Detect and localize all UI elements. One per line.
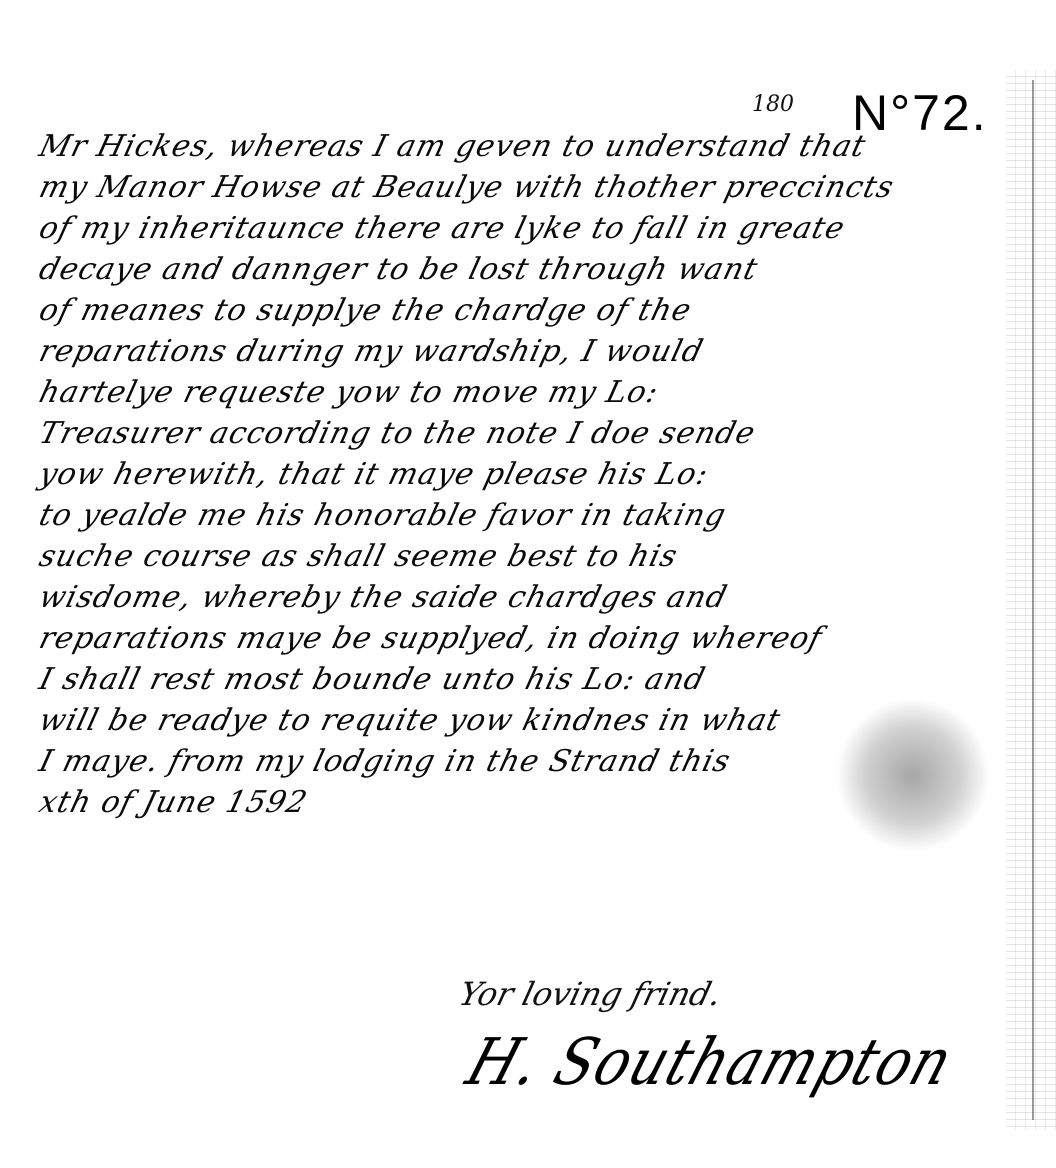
letter-line: reparations maye be supplyed, in doing w… <box>35 618 1005 659</box>
letter-closing: Yor loving frind. <box>455 975 725 1013</box>
page-edge-line <box>1032 80 1034 1120</box>
letter-line: hartelye requeste yow to move my Lo: <box>35 372 1005 413</box>
letter-line: wisdome, whereby the saide chardges and <box>35 577 1005 618</box>
letter-line: reparations during my wardship, I would <box>35 331 1005 372</box>
letter-line: yow herewith, that it maye please his Lo… <box>35 454 1005 495</box>
letter-line: of meanes to supplye the chardge of the <box>35 290 1005 331</box>
letter-line: suche course as shall seeme best to his <box>35 536 1005 577</box>
letter-line: to yealde me his honorable favor in taki… <box>35 495 1005 536</box>
folio-number: 180 <box>752 92 794 117</box>
letter-body: Mr Hickes, whereas I am geven to underst… <box>40 126 1000 823</box>
letter-line: Treasurer according to the note I doe se… <box>35 413 1005 454</box>
letter-line: of my inheritaunce there are lyke to fal… <box>35 208 1005 249</box>
ink-smudge <box>838 700 988 850</box>
letter-line: decaye and dannger to be lost through wa… <box>35 249 1005 290</box>
letter-line: I shall rest most bounde unto his Lo: an… <box>35 659 1005 700</box>
signature: H. Southampton <box>458 1025 962 1100</box>
page-edge-shadow <box>1006 70 1056 1130</box>
letter-line: my Manor Howse at Beaulye with thother p… <box>35 167 1005 208</box>
letter-line: Mr Hickes, whereas I am geven to underst… <box>35 126 1005 167</box>
manuscript-page: 180 N°72. Mr Hickes, whereas I am geven … <box>0 0 1056 1168</box>
